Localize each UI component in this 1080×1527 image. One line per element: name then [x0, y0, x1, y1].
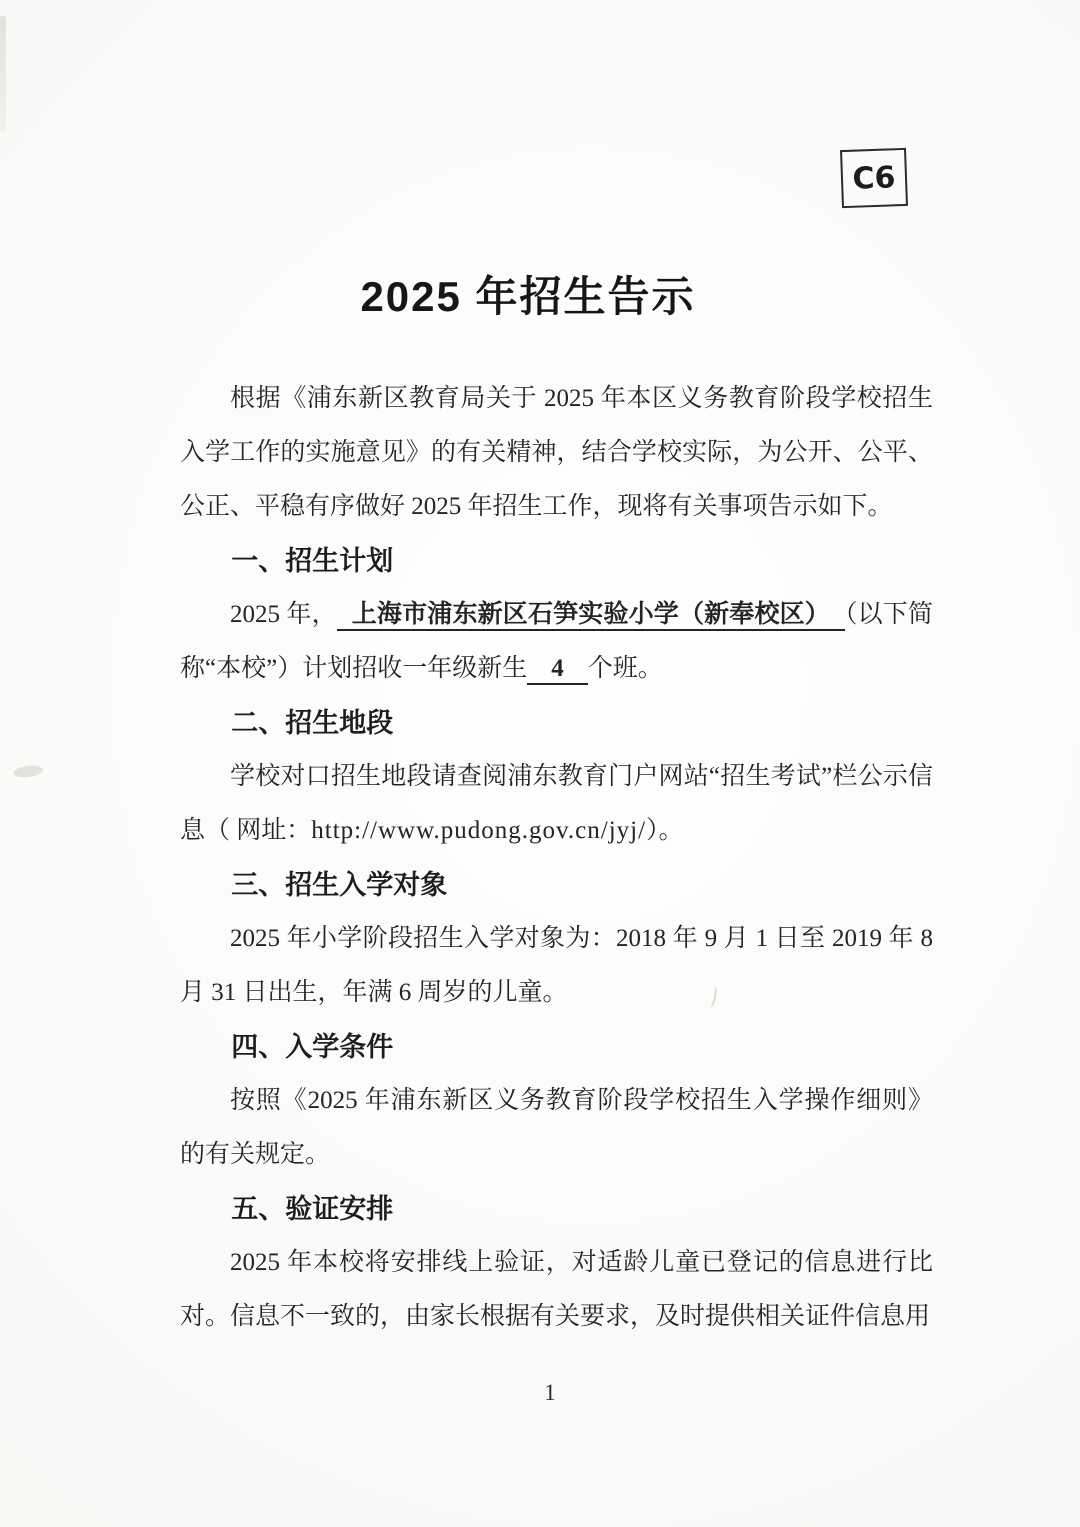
scan-artifact-edge: [0, 16, 6, 132]
document-title: 2025 年招生告示: [0, 264, 1056, 324]
section-heading-target-students: 三、招生入学对象: [180, 858, 933, 912]
paragraph-verification-arrangement: 2025 年本校将安排线上验证，对适龄儿童已登记的信息进行比对。信息不一致的，由…: [180, 1236, 933, 1344]
paragraph-enrollment-district: 学校对口招生地段请查阅浦东教育门户网站“招生考试”栏公示信息（ 网址：http:…: [180, 750, 933, 858]
section-heading-verification-arrangement: 五、验证安排: [180, 1182, 933, 1236]
page-number: 1: [22, 1380, 1078, 1406]
enrollment-plan-prefix: 2025 年，: [230, 601, 337, 628]
corner-code-label: C6: [852, 160, 896, 196]
scanned-document-page: C6 2025 年招生告示 根据《浦东新区教育局关于 2025 年本区义务教育阶…: [0, 0, 1080, 1527]
district-text-suffix: ）。: [646, 817, 684, 844]
document-body: 根据《浦东新区教育局关于 2025 年本区义务教育阶段学校招生入学工作的实施意见…: [180, 372, 933, 1344]
scan-artifact-smudge: [12, 764, 43, 779]
paragraph-target-students: 2025 年小学阶段招生入学对象为：2018 年 9 月 1 日至 2019 年…: [180, 912, 933, 1020]
intro-paragraph: 根据《浦东新区教育局关于 2025 年本区义务教育阶段学校招生入学工作的实施意见…: [180, 372, 933, 534]
section-heading-admission-conditions: 四、入学条件: [180, 1020, 933, 1074]
school-name-underlined: 上海市浦东新区石笋实验小学（新奉校区）: [337, 601, 845, 631]
paragraph-enrollment-plan: 2025 年，上海市浦东新区石笋实验小学（新奉校区）（以下简 称“本校”）计划招…: [180, 588, 933, 696]
corner-code-box: C6: [840, 148, 908, 208]
paragraph-admission-conditions: 按照《2025 年浦东新区义务教育阶段学校招生入学操作细则》的有关规定。: [180, 1074, 933, 1182]
class-count-underlined: 4: [527, 655, 588, 685]
section-heading-enrollment-district: 二、招生地段: [180, 696, 933, 750]
enrollment-plan-suffix: 个班。: [588, 655, 663, 682]
pudong-website-url: http://www.pudong.gov.cn/jyj/: [311, 817, 646, 844]
section-heading-enrollment-plan: 一、招生计划: [180, 534, 933, 588]
